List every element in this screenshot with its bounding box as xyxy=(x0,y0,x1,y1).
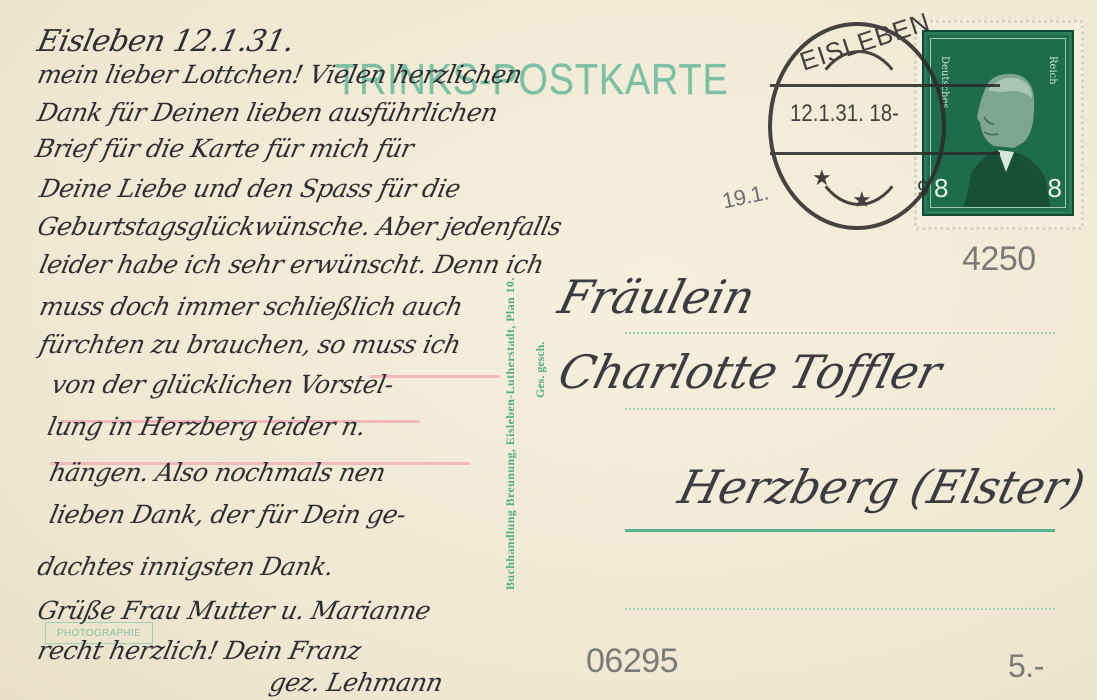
stamp-value-right: 8 xyxy=(1048,173,1062,204)
postmark-date: 12.1.31. 18- xyxy=(790,100,899,128)
postmark: EISLEBEN 12.1.31. 18- ★ ★ 9 xyxy=(768,22,946,230)
message-line: Deine Liebe und den Spass für die xyxy=(37,174,463,203)
protection-mark: Ges. gesch. xyxy=(533,342,548,398)
message-line: mein lieber Lottchen! Vielen herzlichen xyxy=(35,60,525,89)
address-salutation: Fräulein xyxy=(553,270,760,324)
postcard: TRINKS-POSTKARTE Buchhandlung Breunung, … xyxy=(0,0,1097,700)
star-icon: ★ xyxy=(852,188,872,213)
postmark-band-top xyxy=(770,84,1000,87)
address-line-4 xyxy=(625,608,1055,610)
message-line: dachtes innigsten Dank. xyxy=(35,552,336,581)
pencil-price-bottom: 5.- xyxy=(1008,648,1044,685)
stamp-value-left: 8 xyxy=(934,173,948,204)
pencil-date-note: 19.1. xyxy=(720,179,771,214)
message-line: von der glücklichen Vorstel- xyxy=(49,370,396,399)
message-line: leider habe ich sehr erwünscht. Denn ich xyxy=(37,250,546,279)
message-line: Eisleben 12.1.31. xyxy=(34,24,297,59)
message-line: lieben Dank, der für Dein ge- xyxy=(47,500,408,529)
address-line-3 xyxy=(625,529,1055,532)
star-icon: ★ xyxy=(812,166,832,191)
pencil-inventory-number: 06295 xyxy=(586,642,678,681)
message-line: hängen. Also nochmals nen xyxy=(47,458,388,487)
address-name: Charlotte Toffler xyxy=(553,345,946,399)
postmark-band-bottom xyxy=(770,152,1000,155)
message-line: Brief für die Karte für mich für xyxy=(33,134,416,163)
message-signature: gez. Lehmann xyxy=(267,668,445,697)
message-line: Dank für Deinen lieben ausführlichen xyxy=(35,98,500,127)
publisher-imprint: Buchhandlung Breunung, Eisleben-Lutherst… xyxy=(503,277,518,590)
address-city: Herzberg (Elster) xyxy=(673,460,1090,514)
message-line: lung in Herzberg leider n. xyxy=(45,412,368,441)
address-line-2 xyxy=(625,408,1055,410)
message-line: Grüße Frau Mutter u. Marianne xyxy=(35,596,433,625)
pencil-price-top: 4250 xyxy=(962,240,1036,279)
message-line: muss doch immer schließlich auch xyxy=(37,292,465,321)
message-line: Geburtstagsglückwünsche. Aber jedenfalls xyxy=(35,212,564,241)
message-line: recht herzlich! Dein Franz xyxy=(35,636,363,665)
address-line-1 xyxy=(625,332,1055,334)
postmark-code: 9 xyxy=(917,176,929,202)
message-line: fürchten zu brauchen, so muss ich xyxy=(37,330,463,359)
